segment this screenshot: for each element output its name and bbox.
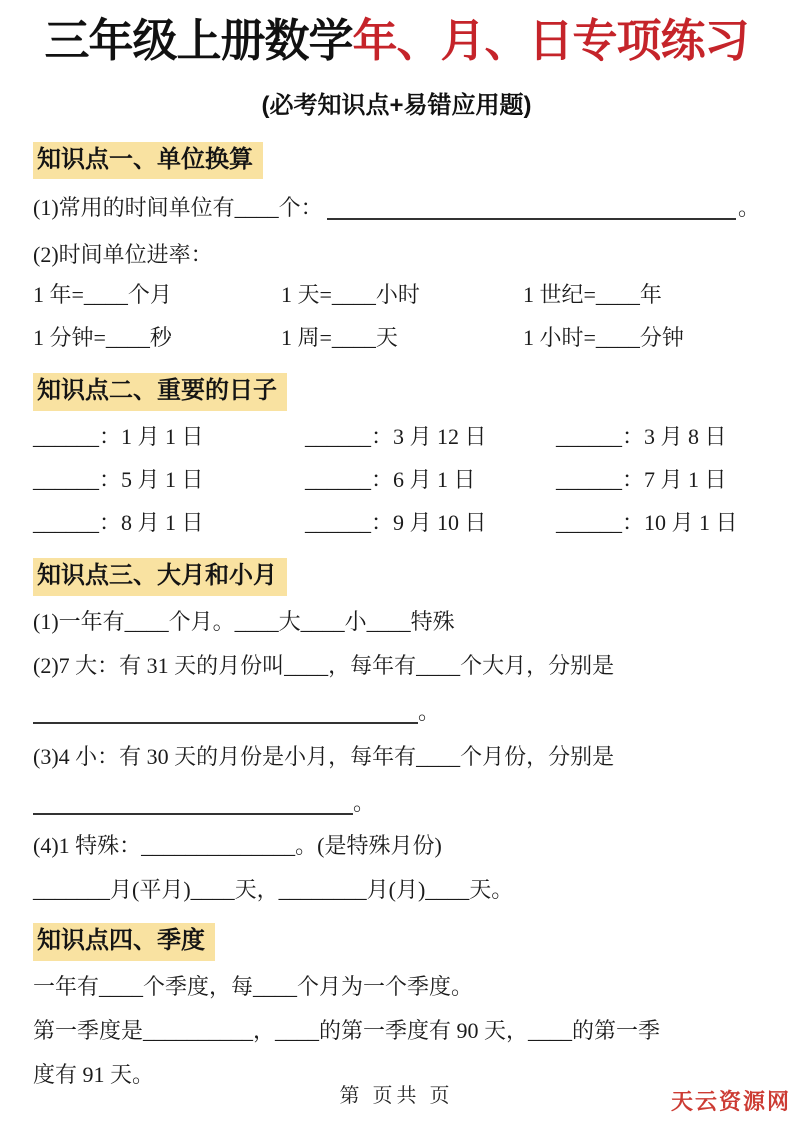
section2-heading: 知识点二、重要的日子 <box>33 373 287 411</box>
conversion-item: 1 小时=____分钟 <box>523 323 760 353</box>
section1-question2: (2)时间单位进率： <box>33 240 760 270</box>
date-row-1: ______：1 月 1 日 ______：3 月 12 日 ______：3 … <box>33 422 760 452</box>
worksheet-page: 三年级上册数学年、月、日专项练习 (必考知识点+易错应用题) 知识点一、单位换算… <box>0 0 793 1122</box>
date-item: ______：3 月 8 日 <box>556 422 760 452</box>
conversion-item: 1 年=____个月 <box>33 280 281 310</box>
conversion-row-2: 1 分钟=____秒 1 周=____天 1 小时=____分钟 <box>33 323 760 353</box>
date-item: ______：1 月 1 日 <box>33 422 305 452</box>
section1-heading-row: 知识点一、单位换算 <box>33 142 760 180</box>
section3-question4: (4)1 特殊：______________。(是特殊月份) <box>33 831 760 861</box>
date-item: ______：7 月 1 日 <box>556 465 760 495</box>
section4-line1: 一年有____个季度，每____个月为一个季度。 <box>33 972 760 1002</box>
date-item: ______：9 月 10 日 <box>305 508 556 538</box>
title-black-part: 三年级上册数学 <box>44 15 352 66</box>
section3-heading-row: 知识点三、大月和小月 <box>33 558 760 596</box>
section2-heading-row: 知识点二、重要的日子 <box>33 373 760 411</box>
date-item: ______：8 月 1 日 <box>33 508 305 538</box>
blank-line <box>33 789 353 815</box>
date-row-2: ______：5 月 1 日 ______：6 月 1 日 ______：7 月… <box>33 465 760 495</box>
conversion-row-1: 1 年=____个月 1 天=____小时 1 世纪=____年 <box>33 280 760 310</box>
watermark-text: 天云资源网 <box>671 1085 791 1116</box>
section1-heading: 知识点一、单位换算 <box>33 142 263 180</box>
date-row-3: ______：8 月 1 日 ______：9 月 10 日 ______：10… <box>33 508 760 538</box>
conversion-item: 1 世纪=____年 <box>523 280 760 310</box>
section4-line2: 第一季度是__________，____的第一季度有 90 天，____的第一季 <box>33 1016 760 1046</box>
blank-line <box>327 194 736 220</box>
date-item: ______：10 月 1 日 <box>556 508 760 538</box>
section3-question1: (1)一年有____个月。____大____小____特殊 <box>33 607 760 637</box>
section-big-small-months: 知识点三、大月和小月 (1)一年有____个月。____大____小____特殊… <box>33 558 760 905</box>
section-unit-conversion: 知识点一、单位换算 (1)常用的时间单位有____个： 。 (2)时间单位进率：… <box>33 142 760 354</box>
section3-answer1-period: 。 <box>418 697 440 727</box>
blank-line <box>33 698 418 724</box>
section4-heading-row: 知识点四、季度 <box>33 923 760 961</box>
conversion-item: 1 天=____小时 <box>281 280 523 310</box>
section3-question3: (3)4 小：有 30 天的月份是小月，每年有____个月份，分别是 <box>33 742 760 772</box>
section1-question1-period: 。 <box>738 193 760 223</box>
section3-answer-line-1: 。 <box>33 697 760 727</box>
section1-question1: (1)常用的时间单位有____个： 。 <box>33 193 760 223</box>
section3-heading: 知识点三、大月和小月 <box>33 558 287 596</box>
section-important-dates: 知识点二、重要的日子 ______：1 月 1 日 ______：3 月 12 … <box>33 373 760 538</box>
date-item: ______：3 月 12 日 <box>305 422 556 452</box>
conversion-item: 1 分钟=____秒 <box>33 323 281 353</box>
section1-question1-text: (1)常用的时间单位有____个： <box>33 193 323 223</box>
section3-answer2-period: 。 <box>353 788 375 818</box>
section3-answer-line-2: 。 <box>33 788 760 818</box>
conversion-item: 1 周=____天 <box>281 323 523 353</box>
title-red-part: 年、月、日专项练习 <box>353 15 749 66</box>
section3-question2: (2)7 大：有 31 天的月份叫____，每年有____个大月，分别是 <box>33 651 760 681</box>
date-item: ______：6 月 1 日 <box>305 465 556 495</box>
section4-heading: 知识点四、季度 <box>33 923 215 961</box>
date-item: ______：5 月 1 日 <box>33 465 305 495</box>
page-title: 三年级上册数学年、月、日专项练习 <box>33 12 760 71</box>
section3-question4-line2: _______月(平月)____天，________月(月)____天。 <box>33 875 760 905</box>
page-subtitle: (必考知识点+易错应用题) <box>33 85 760 120</box>
section-quarters: 知识点四、季度 一年有____个季度，每____个月为一个季度。 第一季度是__… <box>33 923 760 1090</box>
